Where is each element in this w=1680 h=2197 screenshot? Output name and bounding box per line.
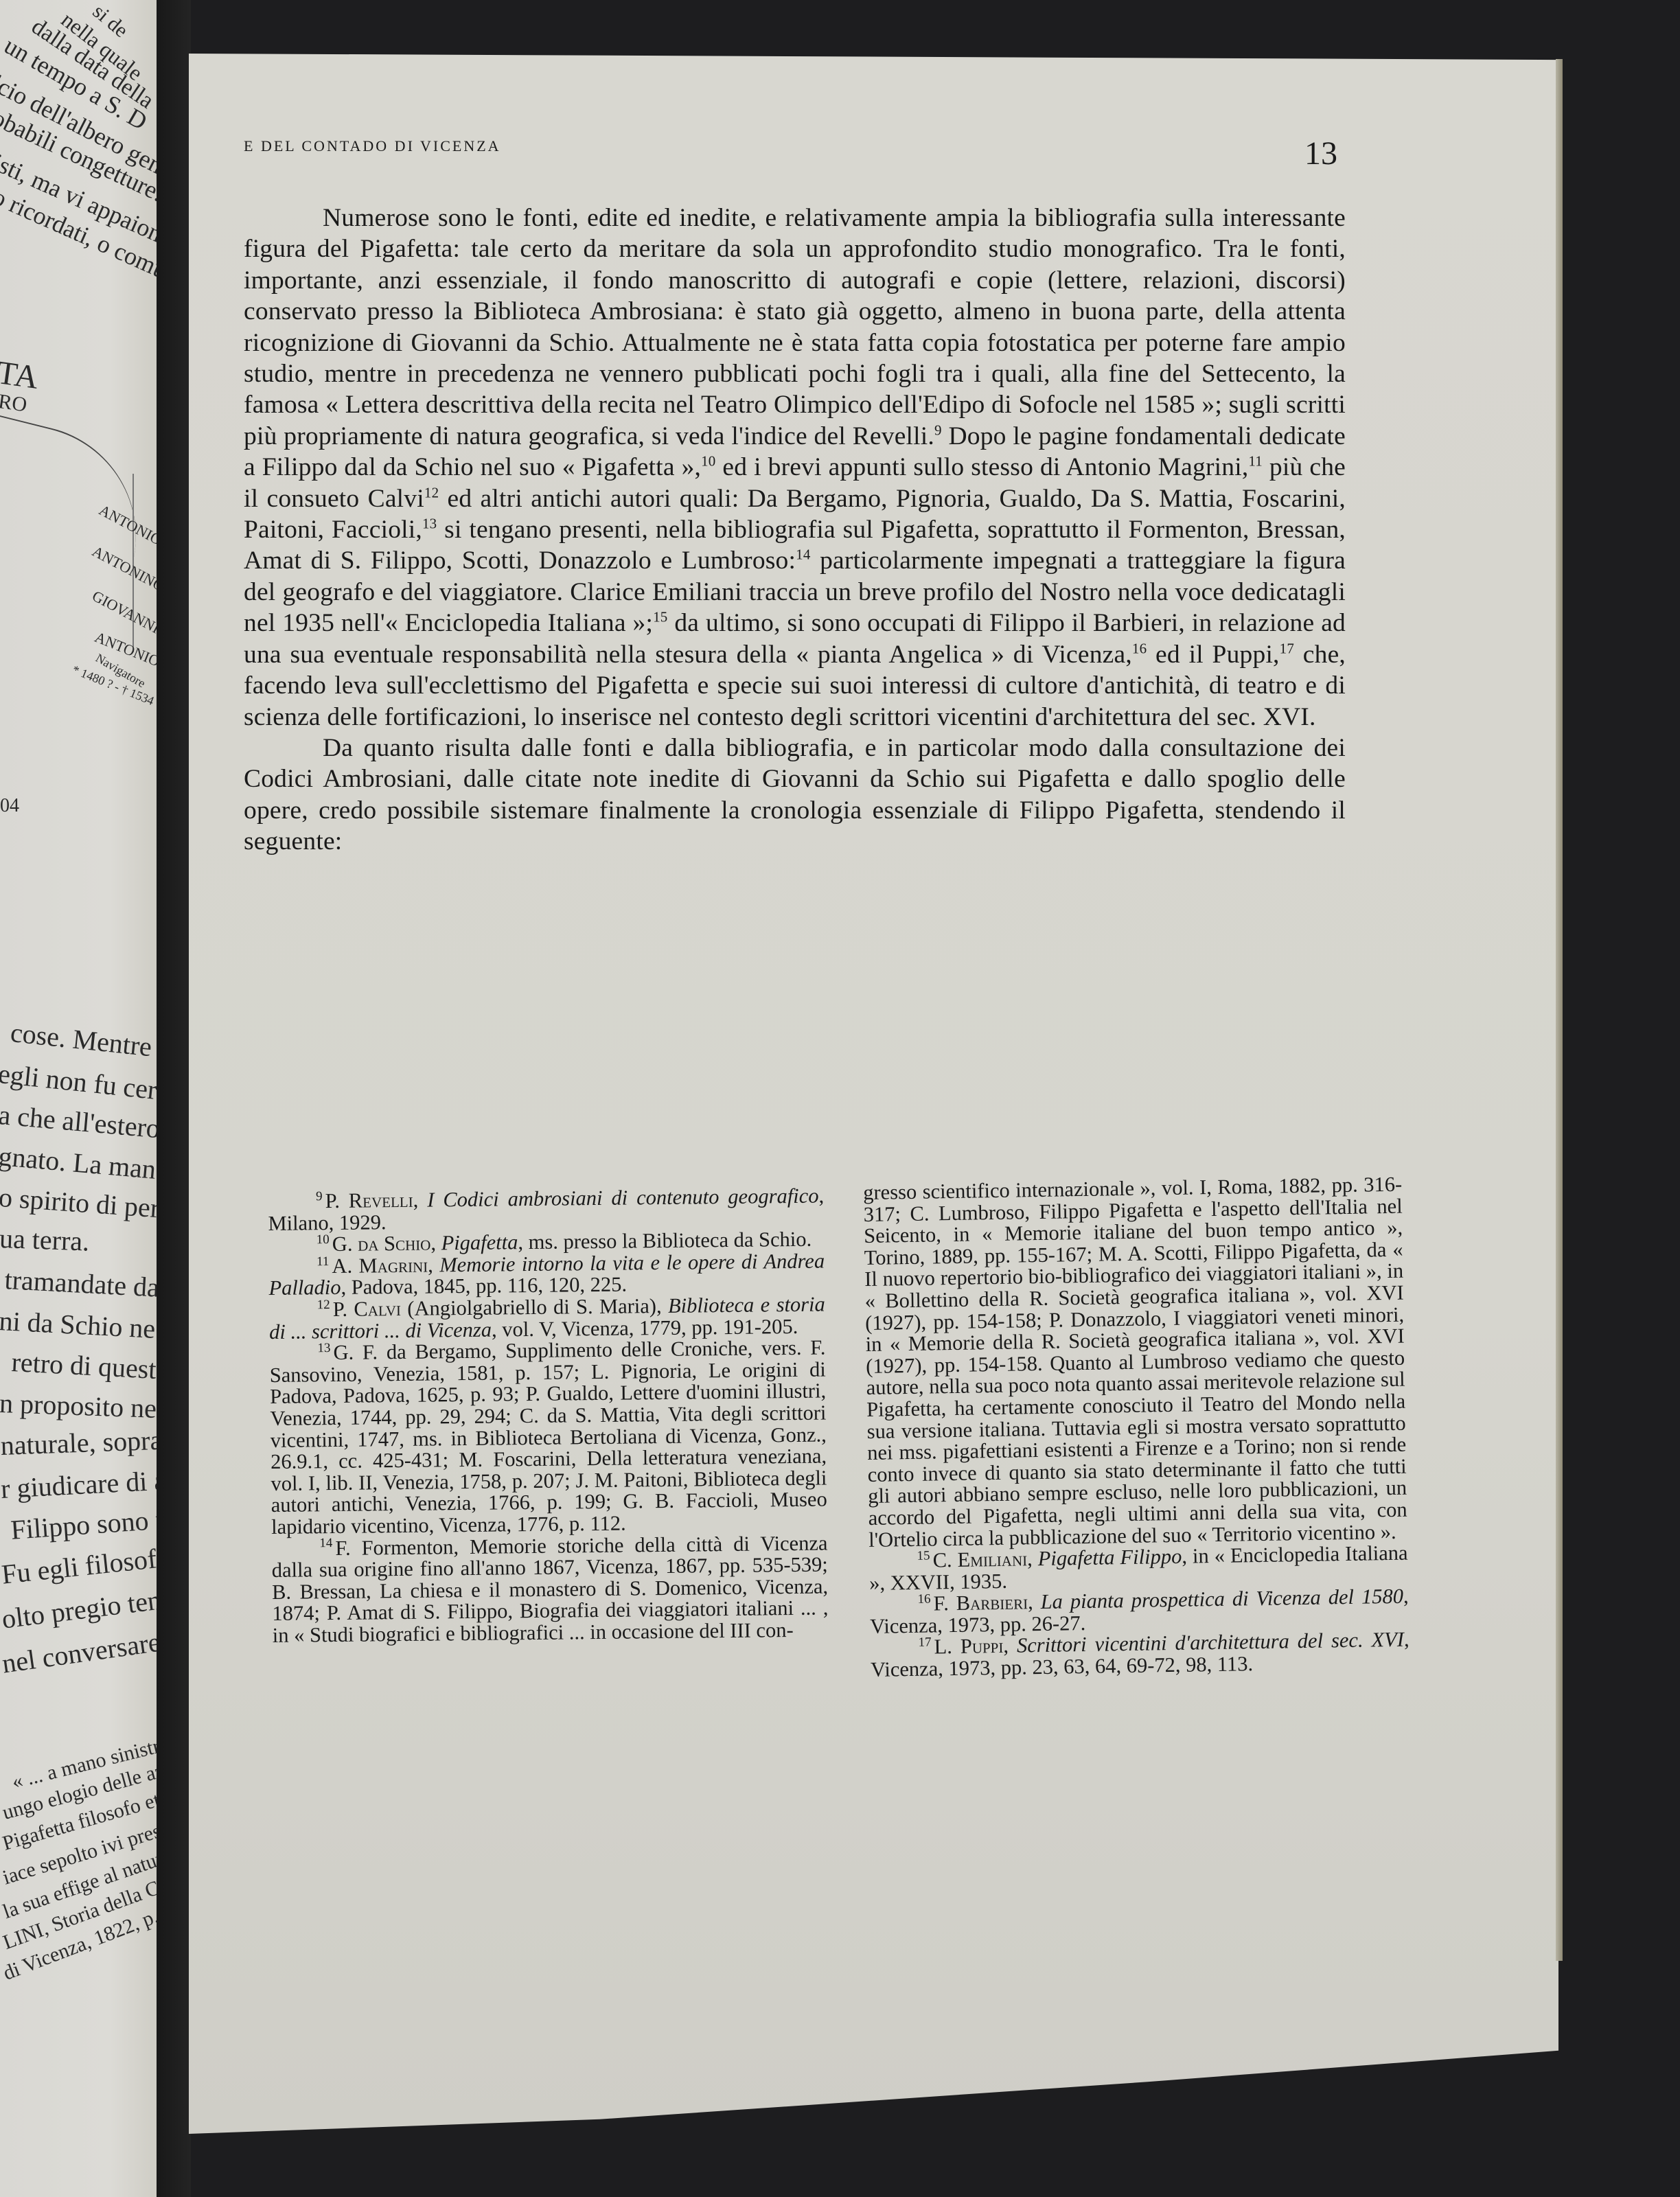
facing-page-text-fragment: 04 (0, 795, 19, 817)
footnote-9: 9P. Revelli, I Codici ambrosiani di cont… (268, 1186, 825, 1235)
footnote-ref-13[interactable]: 13 (422, 516, 437, 532)
facing-page-text-fragment: r giudicare di averlo ritra (0, 1458, 157, 1505)
footnote-12: 12P. Calvi (Angiolgabriello di S. Maria)… (269, 1293, 826, 1343)
facing-page-text-fragment: retro di questa copia, (11, 1346, 157, 1390)
facing-page-text-fragment: n proposito nei suoi (0, 1387, 157, 1427)
paragraph-chronology-intro: Da quanto risulta dalle fonti e dalla bi… (244, 733, 1346, 858)
facing-page-text-fragment: naturale, sopra la lapide (0, 1420, 157, 1462)
footnote-ref-15[interactable]: 15 (653, 609, 667, 625)
facing-page-left: si denella qualedalla data dellaun tempo… (0, 0, 157, 2197)
footnotes-left-column: 9P. Revelli, I Codici ambrosiani di cont… (268, 1186, 829, 1647)
running-head: E del contado di Vicenza (244, 137, 501, 155)
footnote-11: 11A. Magrini, Memorie intorno la vita e … (268, 1250, 825, 1300)
footnote-ref-10[interactable]: 10 (701, 453, 715, 470)
footnote-17: 17L. Puppi, Scrittori vicentini d'archit… (870, 1629, 1409, 1681)
facing-page-text-fragment: tramandate da un ritratto (4, 1263, 157, 1310)
body-text: Numerose sono le fonti, edite ed inedite… (244, 203, 1346, 858)
footnote-ref-17[interactable]: 17 (1280, 640, 1294, 656)
footnote-ref-14[interactable]: 14 (796, 547, 810, 563)
footnote-14: 14F. Formenton, Memorie storiche della c… (271, 1532, 829, 1646)
footnote-ref-12[interactable]: 12 (424, 484, 439, 501)
footnote-ref-11[interactable]: 11 (1248, 453, 1263, 470)
footnote-13: 13G. F. da Bergamo, Supplimento delle Cr… (269, 1337, 827, 1539)
footnote-ref-9[interactable]: 9 (934, 422, 942, 438)
paragraph-sources: Numerose sono le fonti, edite ed inedite… (244, 203, 1346, 733)
footnotes-right-column: gresso scientifico internazionale », vol… (863, 1174, 1409, 1681)
book-spine-shadow (157, 0, 191, 2197)
footnote-14-continued: gresso scientifico internazionale », vol… (863, 1174, 1407, 1551)
footnote-ref-16[interactable]: 16 (1132, 640, 1147, 656)
facing-page-text-fragment: ni da Schio ne aveva per (0, 1304, 157, 1350)
facing-page-text-fragment: ua terra. (0, 1222, 90, 1258)
page-number: 13 (1304, 135, 1337, 172)
facing-page-text-fragment: RO (0, 390, 28, 417)
page-edge (1556, 59, 1563, 1961)
